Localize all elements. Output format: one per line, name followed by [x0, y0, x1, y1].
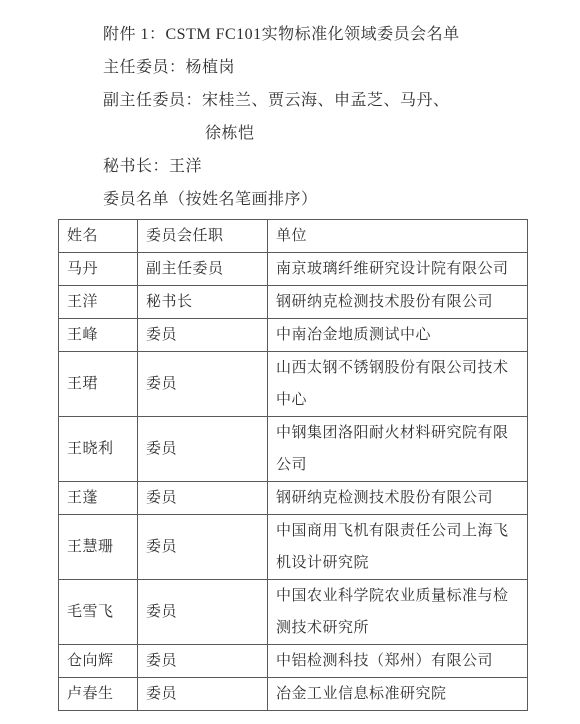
cell-organization: 山西太钢不锈钢股份有限公司技术中心: [268, 352, 528, 417]
table-row: 仓向辉 委员 中铝检测科技（郑州）有限公司: [59, 645, 528, 678]
document-header: 附件 1：CSTM FC101实物标准化领域委员会名单 主任委员：杨植岗 副主任…: [103, 18, 580, 216]
cell-name: 卢春生: [59, 678, 138, 711]
cell-organization: 中铝检测科技（郑州）有限公司: [268, 645, 528, 678]
chairman-line: 主任委员：杨植岗: [103, 51, 580, 84]
cell-name: 王晓利: [59, 417, 138, 482]
table-row: 毛雪飞 委员 中国农业科学院农业质量标准与检测技术研究所: [59, 580, 528, 645]
cell-organization: 中国农业科学院农业质量标准与检测技术研究所: [268, 580, 528, 645]
table-row: 王珺 委员 山西太钢不锈钢股份有限公司技术中心: [59, 352, 528, 417]
cell-role: 委员: [138, 580, 268, 645]
table-row: 王峰 委员 中南冶金地质测试中心: [59, 319, 528, 352]
table-row: 王洋 秘书长 钢研纳克检测技术股份有限公司: [59, 286, 528, 319]
table-row: 王晓利 委员 中钢集团洛阳耐火材料研究院有限公司: [59, 417, 528, 482]
cell-role: 委员: [138, 352, 268, 417]
table-row: 王慧珊 委员 中国商用飞机有限责任公司上海飞机设计研究院: [59, 515, 528, 580]
cell-role: 委员: [138, 515, 268, 580]
secretary-line: 秘书长：王洋: [103, 150, 580, 183]
member-list-heading: 委员名单（按姓名笔画排序）: [103, 183, 580, 216]
cell-name: 仓向辉: [59, 645, 138, 678]
cell-role: 副主任委员: [138, 253, 268, 286]
cell-role: 委员: [138, 678, 268, 711]
cell-organization: 中钢集团洛阳耐火材料研究院有限公司: [268, 417, 528, 482]
table-row: 马丹 副主任委员 南京玻璃纤维研究设计院有限公司: [59, 253, 528, 286]
cell-name: 马丹: [59, 253, 138, 286]
cell-organization: 冶金工业信息标准研究院: [268, 678, 528, 711]
cell-organization: 钢研纳克检测技术股份有限公司: [268, 482, 528, 515]
cell-name: 王珺: [59, 352, 138, 417]
cell-role: 秘书长: [138, 286, 268, 319]
cell-organization: 中南冶金地质测试中心: [268, 319, 528, 352]
table-row: 王蓬 委员 钢研纳克检测技术股份有限公司: [59, 482, 528, 515]
cell-name: 王蓬: [59, 482, 138, 515]
cell-organization: 钢研纳克检测技术股份有限公司: [268, 286, 528, 319]
document-page: 附件 1：CSTM FC101实物标准化领域委员会名单 主任委员：杨植岗 副主任…: [0, 0, 580, 724]
cell-name: 王峰: [59, 319, 138, 352]
cell-role: 委员: [138, 319, 268, 352]
cell-organization: 中国商用飞机有限责任公司上海飞机设计研究院: [268, 515, 528, 580]
column-header-role: 委员会任职: [138, 220, 268, 253]
attachment-title: 附件 1：CSTM FC101实物标准化领域委员会名单: [103, 18, 580, 51]
cell-role: 委员: [138, 645, 268, 678]
cell-role: 委员: [138, 417, 268, 482]
table-row: 卢春生 委员 冶金工业信息标准研究院: [59, 678, 528, 711]
committee-members-table: 姓名 委员会任职 单位 马丹 副主任委员 南京玻璃纤维研究设计院有限公司 王洋 …: [58, 219, 528, 711]
vice-chairmen-continuation-line: 徐栋恺: [103, 117, 580, 150]
cell-organization: 南京玻璃纤维研究设计院有限公司: [268, 253, 528, 286]
cell-name: 王慧珊: [59, 515, 138, 580]
cell-role: 委员: [138, 482, 268, 515]
cell-name: 毛雪飞: [59, 580, 138, 645]
column-header-organization: 单位: [268, 220, 528, 253]
table-header-row: 姓名 委员会任职 单位: [59, 220, 528, 253]
column-header-name: 姓名: [59, 220, 138, 253]
vice-chairmen-line: 副主任委员：宋桂兰、贾云海、申孟芝、马丹、: [103, 84, 580, 117]
cell-name: 王洋: [59, 286, 138, 319]
